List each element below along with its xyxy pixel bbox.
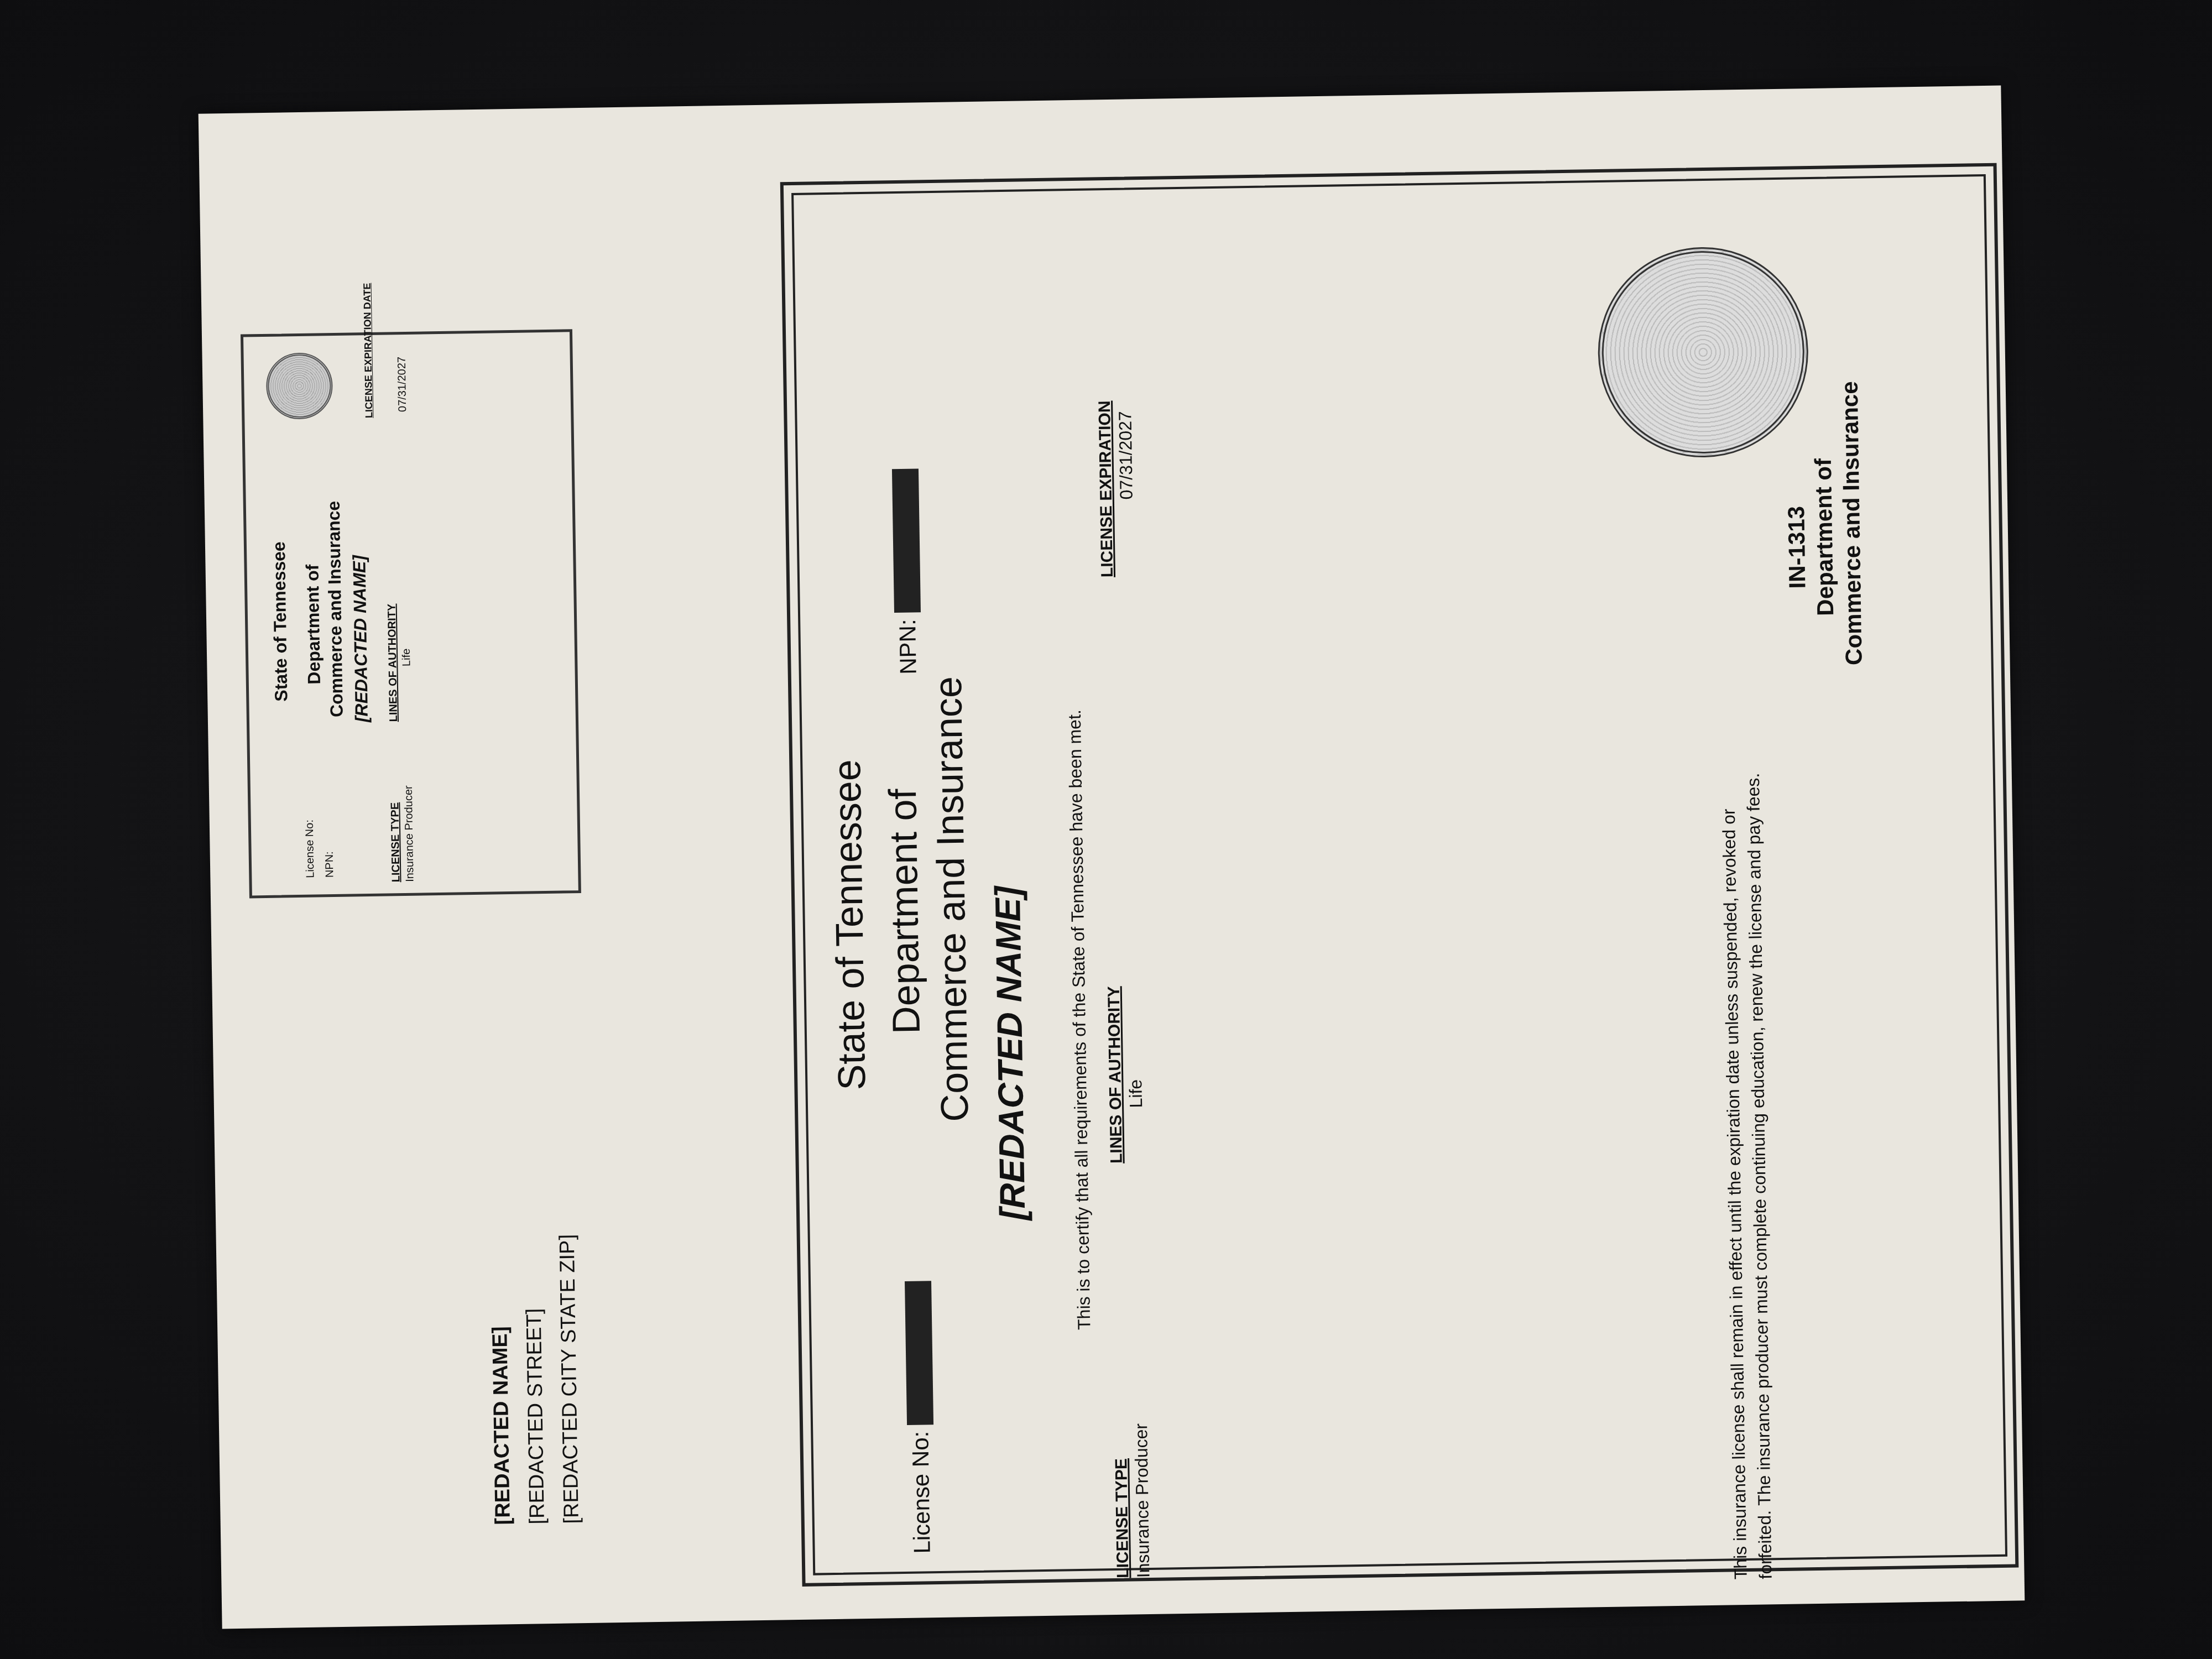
state-seal-icon [266, 352, 333, 420]
card-dept-1: Department of [302, 564, 325, 684]
card-npn-label: NPN: [324, 851, 337, 878]
lines-value: Life [1125, 1079, 1146, 1108]
card-lines-header: LINES OF AUTHORITY [386, 603, 400, 722]
cert-licensee-name: [REDACTED NAME] [987, 886, 1033, 1220]
cert-license-no: License No: [REDACTED] [905, 1281, 936, 1554]
card-license-type: Insurance Producer [403, 785, 417, 882]
cert-npn: NPN: [REDACTED] [892, 468, 922, 675]
license-type-value: Insurance Producer [1131, 1423, 1154, 1578]
card-licensee-name: [REDACTED NAME] [349, 555, 372, 723]
form-number: IN-1313 [1783, 506, 1811, 589]
address-city: [REDACTED CITY STATE ZIP] [550, 1234, 589, 1524]
npn-redacted: [REDACTED] [892, 468, 921, 613]
cert-dept-2: Commerce and Insurance [926, 676, 977, 1123]
card-license-label: License No: [304, 820, 317, 878]
license-no-label: License No: [907, 1431, 935, 1554]
expiration-header: LICENSE EXPIRATION [1095, 400, 1117, 577]
signoff-1: Department of [1810, 458, 1839, 616]
expiration-value: 07/31/2027 [1115, 411, 1137, 500]
license-type-header: LICENSE TYPE [1112, 1458, 1133, 1578]
address-street: [REDACTED STREET] [516, 1234, 555, 1525]
lines-header: LINES OF AUTHORITY [1105, 986, 1126, 1164]
card-expiration-header: LICENSE EXPIRATION DATE [362, 283, 375, 418]
cert-state: State of Tennessee [825, 759, 874, 1091]
great-seal-icon [1597, 246, 1810, 459]
card-dept-2: Commerce and Insurance [324, 500, 347, 717]
signoff-2: Commerce and Insurance [1837, 381, 1867, 665]
card-expiration-value: 07/31/2027 [396, 357, 410, 412]
mailing-address: [REDACTED NAME] [REDACTED STREET] [REDAC… [482, 1234, 589, 1525]
license-document: [REDACTED NAME] [REDACTED STREET] [REDAC… [199, 86, 2025, 1629]
npn-label: NPN: [894, 619, 921, 675]
certificate-border: State of Tennessee Department of Commerc… [780, 163, 2019, 1587]
card-lines-value: Life [400, 649, 414, 667]
license-no-redacted: [REDACTED] [905, 1281, 933, 1425]
certify-text: This is to certify that all requirements… [1065, 709, 1095, 1330]
addressee-name: [REDACTED NAME] [482, 1235, 520, 1525]
wallet-card: State of Tennessee Department of Commerc… [241, 329, 581, 898]
card-state: State of Tennessee [269, 541, 292, 702]
cert-dept-1: Department of [880, 789, 928, 1035]
card-license-type-header: LICENSE TYPE [389, 802, 403, 883]
